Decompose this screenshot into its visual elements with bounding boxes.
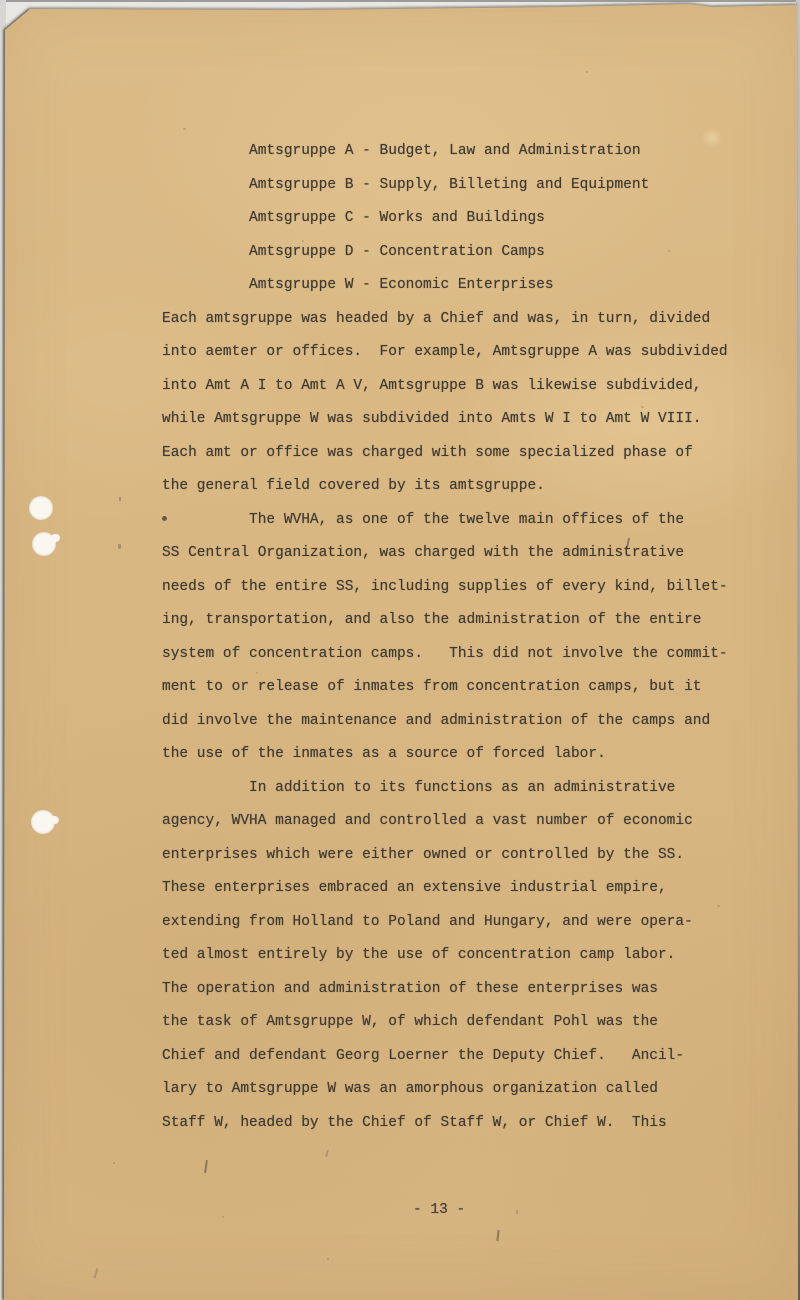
text-line: Amtsgruppe W - Economic Enterprises xyxy=(162,269,728,303)
punch-hole xyxy=(29,496,53,520)
typed-body-text: Amtsgruppe A - Budget, Law and Administr… xyxy=(162,135,728,1140)
text-line: ment to or release of inmates from conce… xyxy=(162,671,728,705)
paper-speck xyxy=(113,1162,115,1164)
paper-speck xyxy=(717,905,720,907)
paper-speck xyxy=(327,1258,329,1260)
paper-speck xyxy=(222,1216,224,1218)
text-line: The WVHA, as one of the twelve main offi… xyxy=(162,504,728,538)
text-line: ted almost entirely by the use of concen… xyxy=(162,939,728,973)
text-line: did involve the maintenance and administ… xyxy=(162,705,728,739)
text-line: into Amt A I to Amt A V, Amtsgruppe B wa… xyxy=(162,370,728,404)
text-line: needs of the entire SS, including suppli… xyxy=(162,571,728,605)
paper-speck xyxy=(183,128,186,130)
text-line: extending from Holland to Poland and Hun… xyxy=(162,906,728,940)
text-line: SS Central Organization, was charged wit… xyxy=(162,537,728,571)
text-line: The operation and administration of thes… xyxy=(162,973,728,1007)
text-line: Amtsgruppe D - Concentration Camps xyxy=(162,236,728,270)
page-number: - 13 - xyxy=(413,1194,465,1228)
paper-speck xyxy=(586,71,588,73)
text-line: system of concentration camps. This did … xyxy=(162,638,728,672)
paper-speck xyxy=(598,357,600,359)
text-line: Each amtsgruppe was headed by a Chief an… xyxy=(162,303,728,337)
text-line: ing, transportation, and also the admini… xyxy=(162,604,728,638)
text-line: Chief and defendant Georg Loerner the De… xyxy=(162,1040,728,1074)
text-line: the general field covered by its amtsgru… xyxy=(162,470,728,504)
text-line: enterprises which were either owned or c… xyxy=(162,839,728,873)
scan-artifact-mark xyxy=(119,497,121,501)
text-line: the task of Amtsgruppe W, of which defen… xyxy=(162,1006,728,1040)
scan-artifact-mark xyxy=(516,1210,518,1214)
text-line: Each amt or office was charged with some… xyxy=(162,437,728,471)
text-line: lary to Amtsgruppe W was an amorphous or… xyxy=(162,1073,728,1107)
text-line: In addition to its functions as an admin… xyxy=(162,772,728,806)
margin-asterisk-mark xyxy=(162,516,167,521)
text-line: Staff W, headed by the Chief of Staff W,… xyxy=(162,1107,728,1141)
paper-speck xyxy=(302,240,304,242)
text-line: while Amtsgruppe W was subdivided into A… xyxy=(162,403,728,437)
scan-artifact-mark xyxy=(118,544,121,549)
text-line: Amtsgruppe B - Supply, Billeting and Equ… xyxy=(162,169,728,203)
text-line: agency, WVHA managed and controlled a va… xyxy=(162,805,728,839)
paper-speck xyxy=(668,250,670,252)
text-line: These enterprises embraced an extensive … xyxy=(162,872,728,906)
paper-speck xyxy=(641,406,644,408)
paper-speck xyxy=(256,672,258,674)
text-line: into aemter or offices. For example, Amt… xyxy=(162,336,728,370)
text-line: the use of the inmates as a source of fo… xyxy=(162,738,728,772)
text-line: Amtsgruppe A - Budget, Law and Administr… xyxy=(162,135,728,169)
paper-speck xyxy=(515,985,517,988)
text-line: Amtsgruppe C - Works and Buildings xyxy=(162,202,728,236)
